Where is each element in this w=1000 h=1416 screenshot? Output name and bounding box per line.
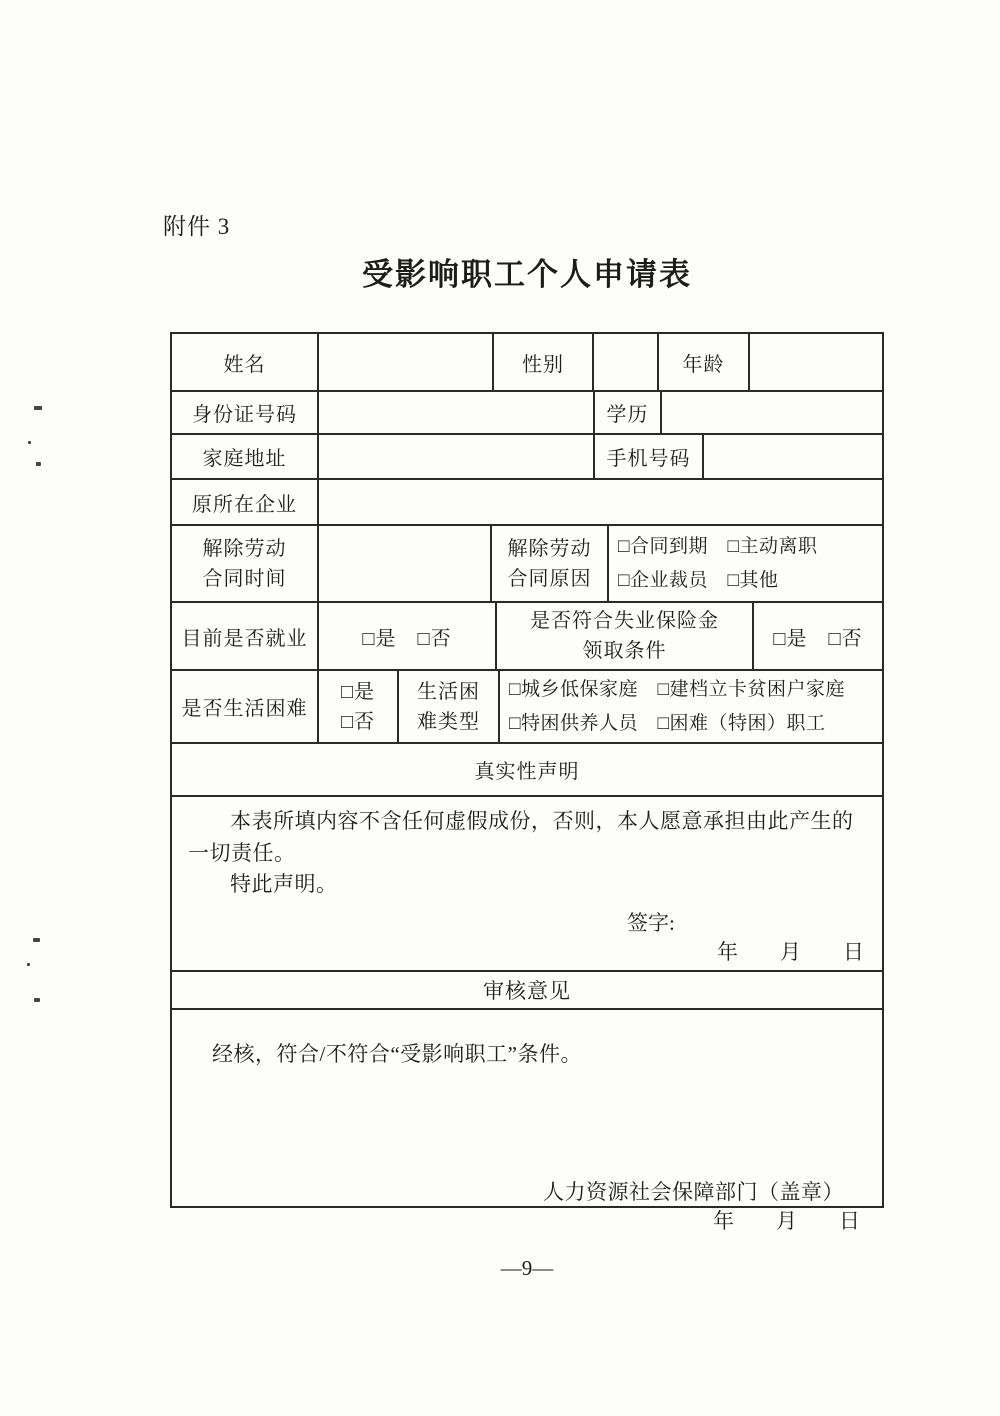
table-row-basic-info: 姓名 性别 年龄 (172, 334, 882, 392)
table-row-review-body: 经核，符合/不符合“受影响职工”条件。 人力资源社会保障部门（盖章） 年 月 日 (172, 1038, 882, 1238)
table-row-employment: 目前是否就业 □是 □否 是否符合失业保险金 领取条件 □是 □否 (172, 603, 882, 671)
declaration-text: 本表所填内容不含任何虚假成份，否则，本人愿意承担由此产生的一切责任。 特此声明。 (172, 797, 882, 901)
insurance-label: 是否符合失业保险金 领取条件 (497, 603, 754, 669)
department-seal-line: 人力资源社会保障部门（盖章） (543, 1176, 844, 1206)
review-conclusion-text: 经核，符合/不符合“受影响职工”条件。 (212, 1038, 882, 1068)
hardship-type-checkbox-row-2: □特困供养人员 □困难（特困）职工 (509, 707, 845, 740)
address-label: 家庭地址 (172, 435, 319, 478)
review-date-line: 年 月 日 (713, 1205, 860, 1235)
page-number: —9— (170, 1256, 884, 1281)
scan-artifact (34, 406, 42, 410)
table-row-declaration-body: 本表所填内容不含任何虚假成份，否则，本人愿意承担由此产生的一切责任。 特此声明。… (172, 797, 882, 972)
attachment-label: 附件 3 (163, 208, 230, 241)
id-number-value-cell (319, 392, 595, 433)
document-page: 附件 3 受影响职工个人申请表 姓名 性别 年龄 身份证号码 学历 家庭地址 手… (0, 0, 1000, 1416)
hardship-type-checkbox-row-1: □城乡低保家庭 □建档立卡贫困户家庭 (509, 673, 845, 706)
signature-label: 签字: (627, 907, 675, 937)
table-row-review-header: 审核意见 (172, 972, 882, 1010)
gender-value-cell (594, 334, 659, 390)
name-value-cell (319, 334, 494, 390)
hardship-label: 是否生活困难 (172, 671, 319, 742)
table-row-declaration-header: 真实性声明 (172, 744, 882, 797)
reason-checkbox-row-1: □合同到期 □主动离职 (618, 530, 817, 563)
hardship-options: □是 □否 (319, 671, 399, 742)
declaration-date-line: 年 月 日 (717, 936, 864, 966)
table-row-company: 原所在企业 (172, 480, 882, 526)
table-row-hardship: 是否生活困难 □是 □否 生活困 难类型 □城乡低保家庭 □建档立卡贫困户家庭 … (172, 671, 882, 744)
hardship-type-options: □城乡低保家庭 □建档立卡贫困户家庭 □特困供养人员 □困难（特困）职工 (500, 671, 882, 742)
review-header: 审核意见 (172, 972, 882, 1008)
gender-label: 性别 (494, 334, 594, 390)
education-value-cell (662, 392, 882, 433)
termination-time-label: 解除劳动 合同时间 (172, 526, 319, 601)
name-label: 姓名 (172, 334, 319, 390)
education-label: 学历 (595, 392, 662, 433)
declaration-line-2: 特此声明。 (188, 869, 868, 901)
table-row-termination: 解除劳动 合同时间 解除劳动 合同原因 □合同到期 □主动离职 □企业裁员 □其… (172, 526, 882, 603)
employed-options: □是 □否 (319, 603, 497, 669)
mobile-value-cell (704, 435, 882, 478)
termination-time-value-cell (319, 526, 492, 601)
scan-artifact (33, 938, 40, 942)
hardship-type-label: 生活困 难类型 (399, 671, 500, 742)
hardship-yes-checkbox: □是 (341, 677, 375, 707)
scan-artifact (34, 998, 40, 1002)
hardship-no-checkbox: □否 (341, 707, 375, 737)
declaration-header: 真实性声明 (172, 744, 882, 795)
id-number-label: 身份证号码 (172, 392, 319, 433)
employed-label: 目前是否就业 (172, 603, 319, 669)
scan-artifact (36, 462, 41, 466)
table-row-id-education: 身份证号码 学历 (172, 392, 882, 435)
mobile-label: 手机号码 (595, 435, 704, 478)
insurance-options: □是 □否 (754, 603, 882, 669)
scan-artifact (27, 963, 30, 966)
table-row-address-mobile: 家庭地址 手机号码 (172, 435, 882, 480)
reason-checkbox-row-2: □企业裁员 □其他 (618, 564, 817, 597)
age-label: 年龄 (659, 334, 750, 390)
scan-artifact (28, 441, 31, 444)
declaration-line-1: 本表所填内容不含任何虚假成份，否则，本人愿意承担由此产生的一切责任。 (188, 806, 868, 869)
address-value-cell (319, 435, 595, 478)
company-label: 原所在企业 (172, 480, 319, 524)
page-title: 受影响职工个人申请表 (170, 249, 884, 294)
termination-reason-label: 解除劳动 合同原因 (492, 526, 609, 601)
age-value-cell (750, 334, 882, 390)
termination-reason-options: □合同到期 □主动离职 □企业裁员 □其他 (609, 526, 882, 601)
application-form-table: 姓名 性别 年龄 身份证号码 学历 家庭地址 手机号码 原所在企业 (170, 332, 884, 1208)
company-value-cell (319, 480, 882, 524)
